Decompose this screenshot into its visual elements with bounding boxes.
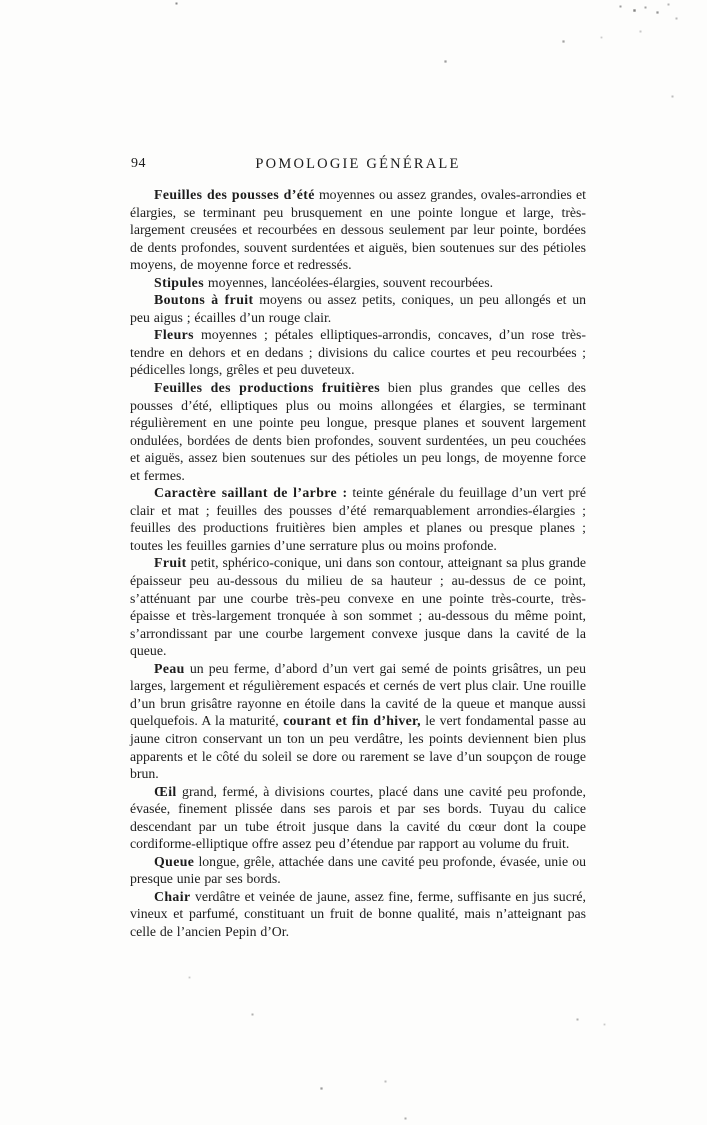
paragraph-lead: Feuilles des productions fruitières (154, 380, 380, 395)
paragraph-text: grand, fermé, à divisions courtes, placé… (130, 784, 586, 852)
text-column: 94 POMOLOGIE GÉNÉRALE Feuilles des pouss… (130, 156, 586, 941)
paragraph-text: longue, grêle, attachée dans une cavité … (130, 854, 586, 887)
paragraph: Peau un peu ferme, d’abord d’un vert gai… (130, 660, 586, 783)
paragraph-lead: Chair (154, 889, 191, 904)
scanned-book-page: 94 POMOLOGIE GÉNÉRALE Feuilles des pouss… (0, 0, 707, 1125)
paragraph: Chair verdâtre et veinée de jaune, assez… (130, 888, 586, 941)
paragraph-lead: Feuilles des pousses d’été (154, 187, 315, 202)
paragraph-text: moyennes, lancéolées-élargies, souvent r… (204, 275, 493, 290)
paragraph: Stipules moyennes, lancéolées-élargies, … (130, 274, 586, 292)
paragraph-text: bien plus grandes que celles des pousses… (130, 380, 586, 483)
paragraph: Fruit petit, sphérico-conique, uni dans … (130, 554, 586, 659)
paragraph: Queue longue, grêle, attachée dans une c… (130, 853, 586, 888)
paragraph-text: moyennes ; pétales elliptiques-arrondis,… (130, 327, 586, 377)
paragraph-text: verdâtre et veinée de jaune, assez fine,… (130, 889, 586, 939)
paragraph: Œil grand, fermé, à divisions courtes, p… (130, 783, 586, 853)
paragraph: Caractère saillant de l’arbre : teinte g… (130, 484, 586, 554)
page-number: 94 (131, 156, 146, 172)
paragraph: Fleurs moyennes ; pétales elliptiques-ar… (130, 326, 586, 379)
running-title: POMOLOGIE GÉNÉRALE (130, 156, 586, 173)
paragraph: Feuilles des pousses d’été moyennes ou a… (130, 186, 586, 274)
paragraph-lead: Caractère saillant de l’arbre : (154, 485, 347, 500)
paragraph-lead: courant et fin d’hiver, (283, 713, 421, 728)
paragraph: Boutons à fruit moyens ou assez petits, … (130, 291, 586, 326)
scan-noise-specks (0, 0, 1, 1)
running-header: 94 POMOLOGIE GÉNÉRALE (130, 156, 586, 174)
paragraph-lead: Peau (154, 661, 185, 676)
paragraph: Feuilles des productions fruitières bien… (130, 379, 586, 484)
paragraph-lead: Boutons à fruit (154, 292, 254, 307)
page-body: Feuilles des pousses d’été moyennes ou a… (130, 186, 586, 941)
paragraph-lead: Queue (154, 854, 194, 869)
paragraph-lead: Fruit (154, 555, 187, 570)
paragraph-text: petit, sphérico-conique, uni dans son co… (130, 555, 586, 658)
paragraph-lead: Fleurs (154, 327, 194, 342)
paragraph-lead: Œil (154, 784, 177, 799)
paragraph-lead: Stipules (154, 275, 204, 290)
